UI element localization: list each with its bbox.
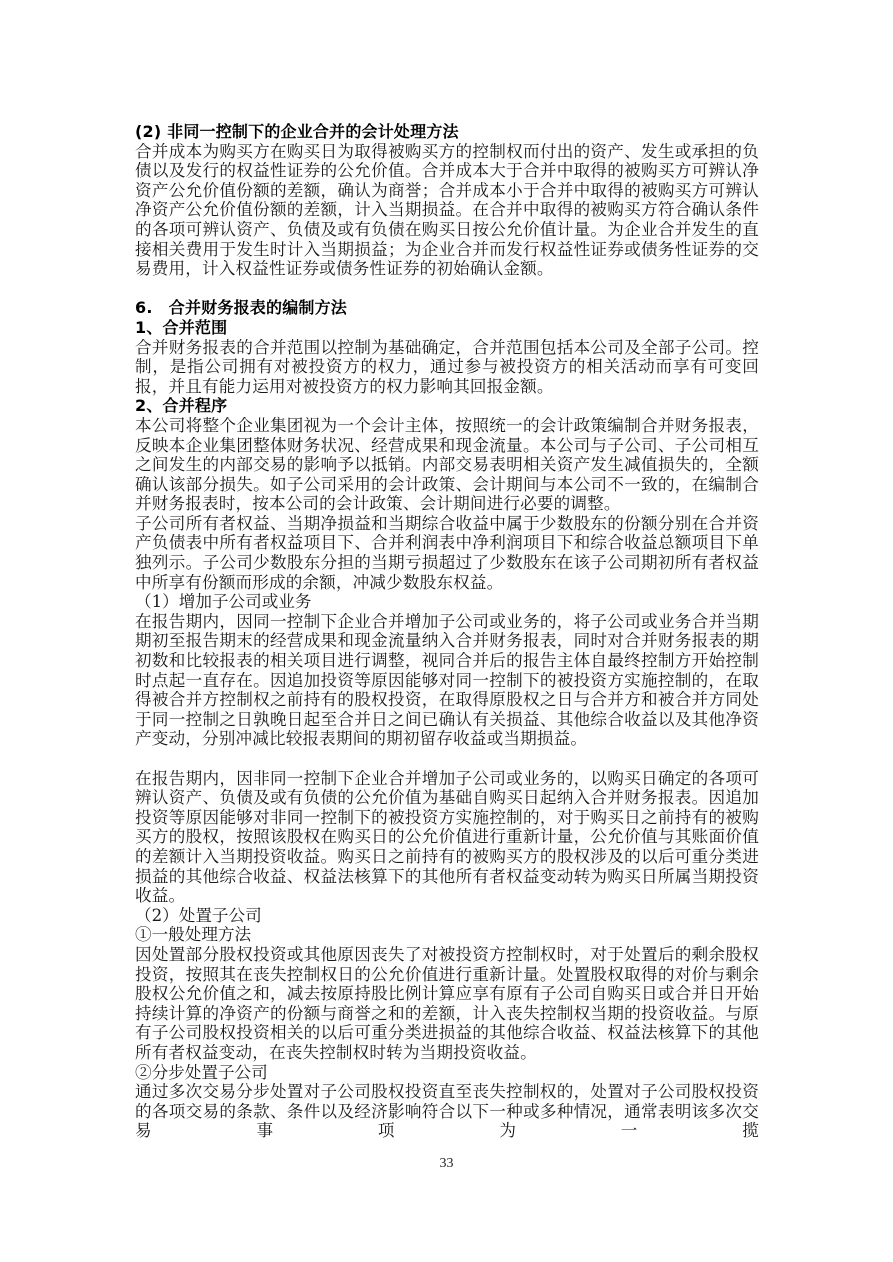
subheading-general-method: ①一般处理方法 bbox=[135, 925, 759, 945]
subheading-consolidation-scope: 1、合并范围 bbox=[135, 318, 759, 338]
subheading-stepwise-disposal: ②分步处置子公司 bbox=[135, 1063, 759, 1083]
document-page: (2) 非同一控制下的企业合并的会计处理方法 合并成本为购买方在购买日为取得被购… bbox=[135, 122, 759, 1141]
paragraph-procedure-1: 本公司将整个企业集团视为一个会计主体，按照统一的会计政策编制合并财务报表，反映本… bbox=[135, 416, 759, 514]
paragraph-procedure-2: 子公司所有者权益、当期净损益和当期综合收益中属于少数股东的份额分别在合并资产负债… bbox=[135, 514, 759, 592]
section-heading-consolidation-methods: 6. 合并财务报表的编制方法 bbox=[135, 298, 759, 318]
subheading-dispose-subsidiary: （2）处置子公司 bbox=[135, 906, 759, 926]
section-heading-non-common-control: (2) 非同一控制下的企业合并的会计处理方法 bbox=[135, 122, 759, 142]
spacer bbox=[135, 279, 759, 299]
paragraph-non-common-control: 合并成本为购买方在购买日为取得被购买方的控制权而付出的资产、发生或承担的负债以及… bbox=[135, 142, 759, 279]
subheading-consolidation-procedure: 2、合并程序 bbox=[135, 396, 759, 416]
paragraph-stepwise-disposal: 通过多次交易分步处置对子公司股权投资直至丧失控制权的，处置对子公司股权投资的各项… bbox=[135, 1082, 759, 1141]
subheading-add-subsidiary: （1）增加子公司或业务 bbox=[135, 592, 759, 612]
paragraph-general-method: 因处置部分股权投资或其他原因丧失了对被投资方控制权时，对于处置后的剩余股权投资，… bbox=[135, 945, 759, 1063]
paragraph-consolidation-scope: 合并财务报表的合并范围以控制为基础确定，合并范围包括本公司及全部子公司。控制，是… bbox=[135, 338, 759, 397]
paragraph-add-subsidiary-2: 在报告期内，因非同一控制下企业合并增加子公司或业务的，以购买日确定的各项可辨认资… bbox=[135, 769, 759, 906]
spacer bbox=[135, 749, 759, 769]
page-number: 33 bbox=[0, 1156, 893, 1172]
paragraph-add-subsidiary-1: 在报告期内，因同一控制下企业合并增加子公司或业务的，将子公司或业务合并当期期初至… bbox=[135, 612, 759, 749]
